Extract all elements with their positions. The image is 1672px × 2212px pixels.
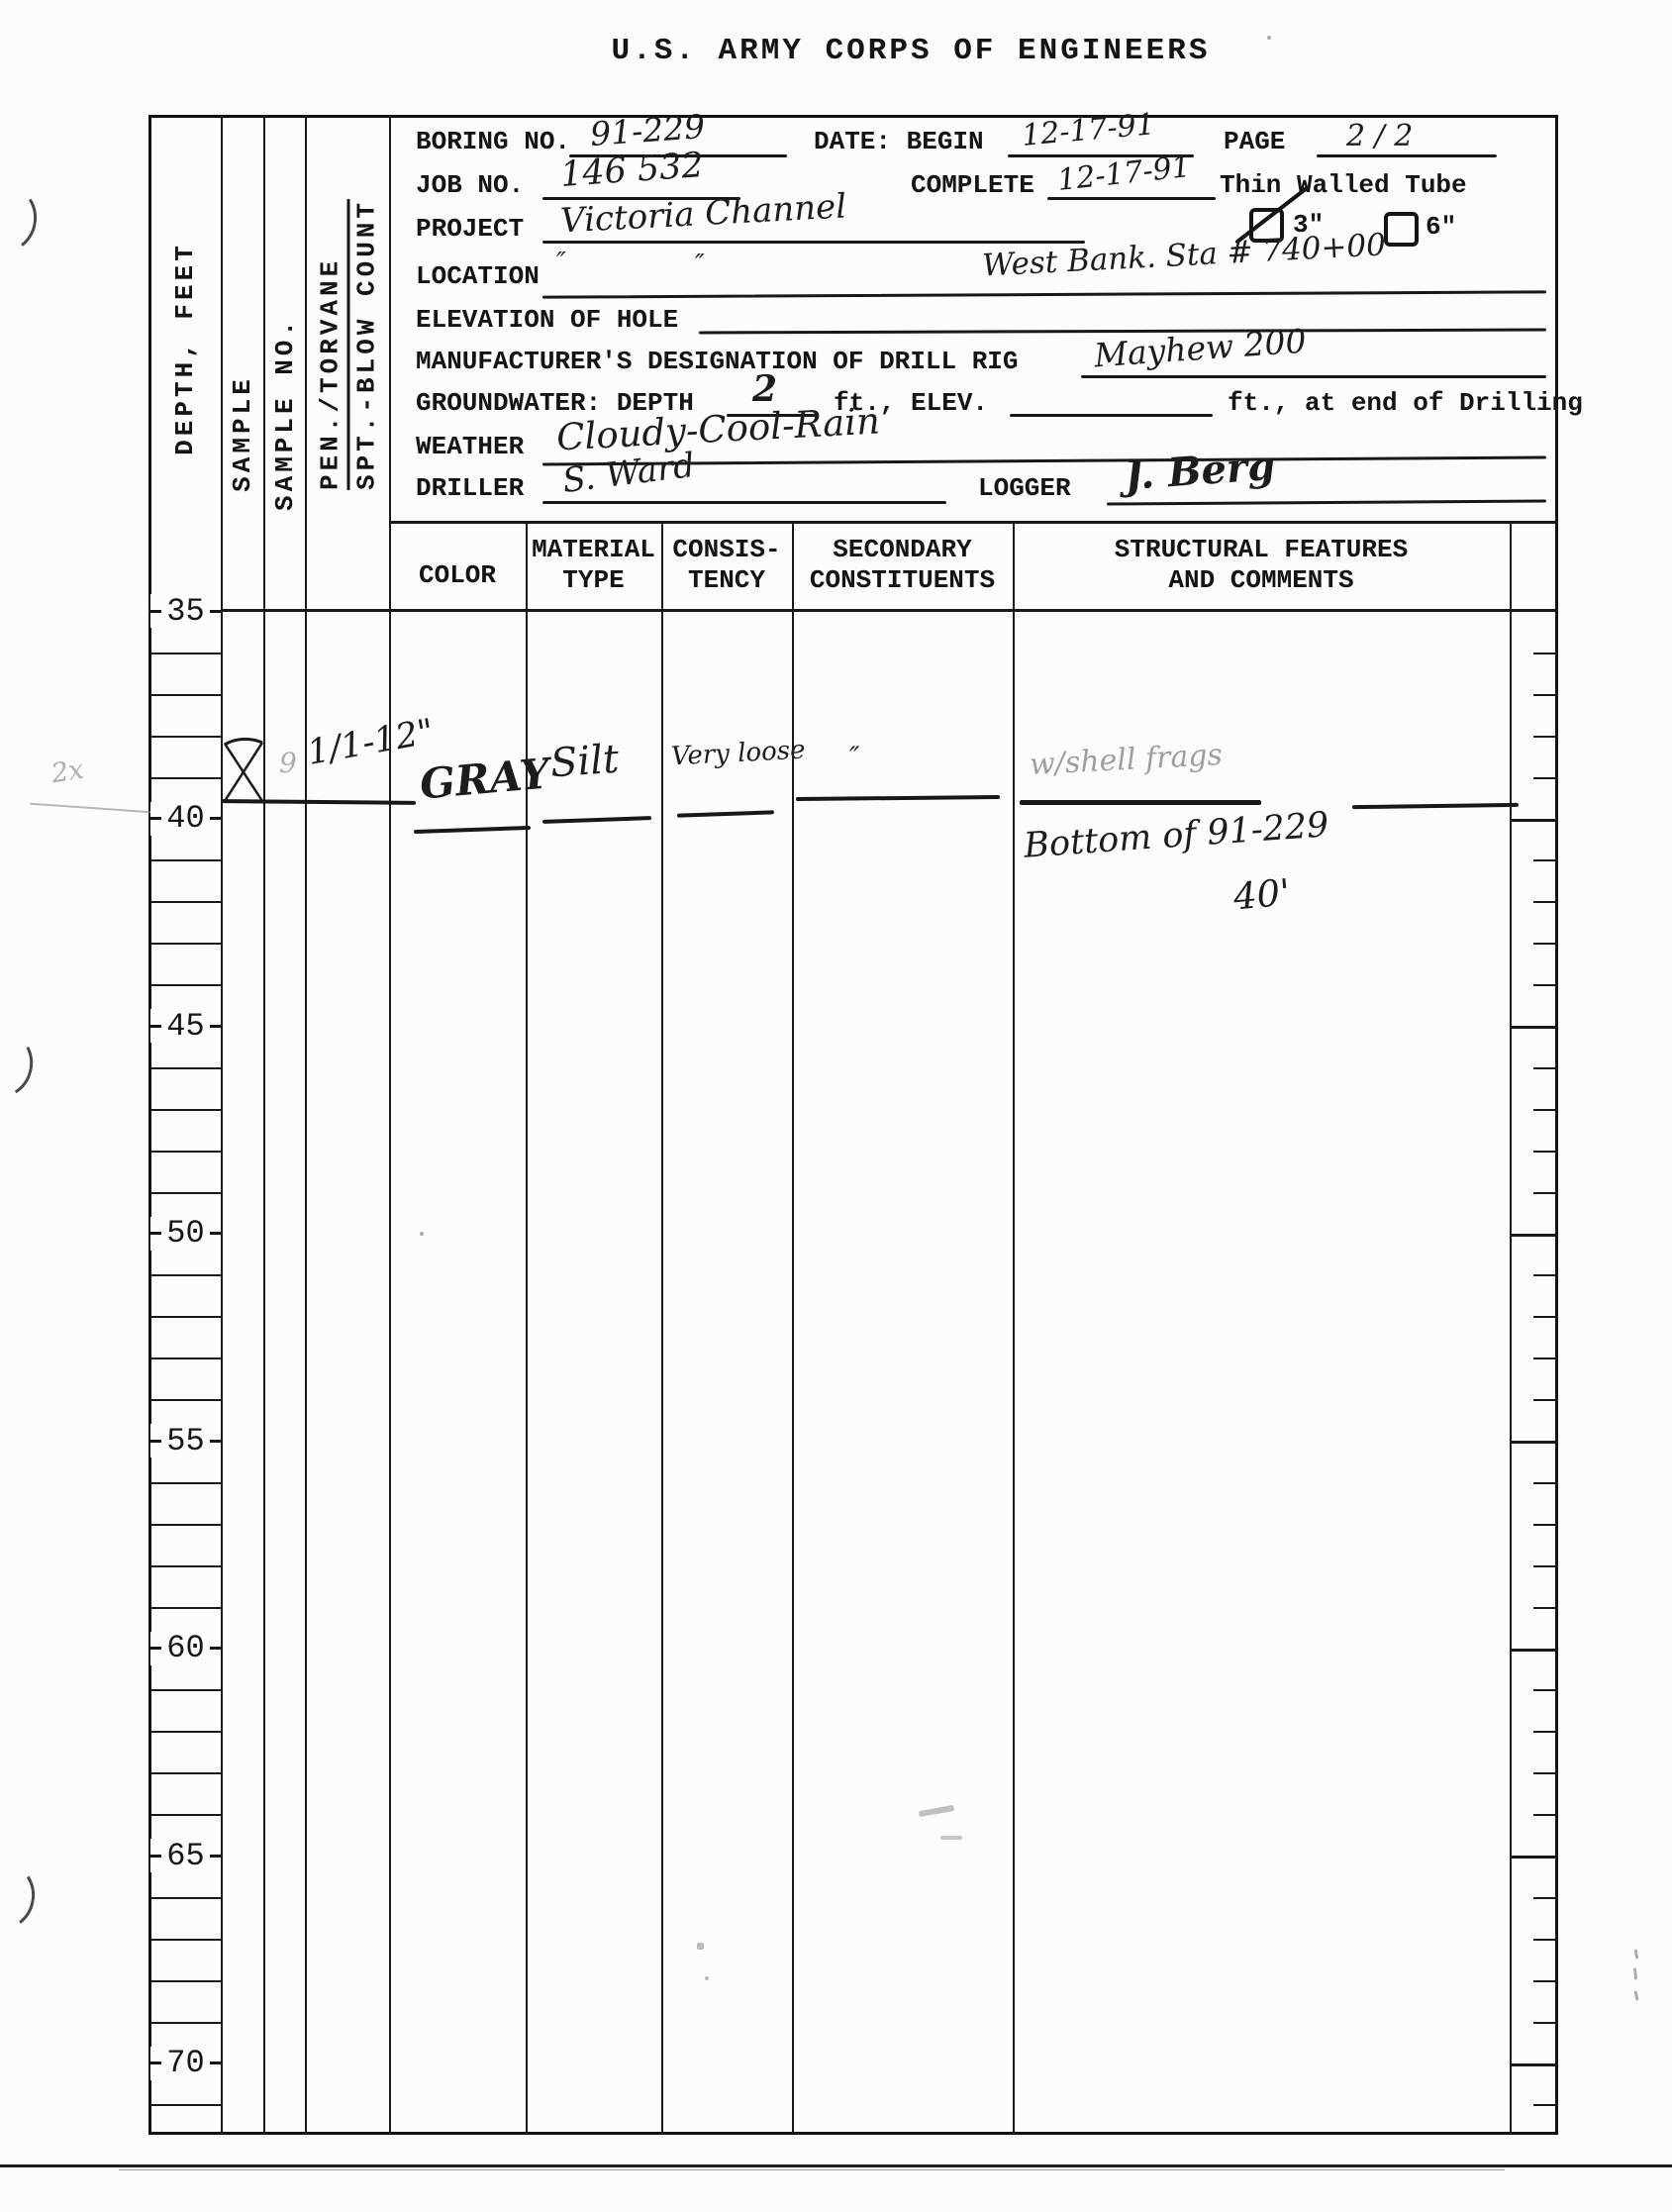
- depth-minor-tick: [150, 736, 221, 738]
- location-label: LOCATION: [416, 261, 540, 291]
- depth-label: 40: [150, 802, 221, 836]
- drill-rig-label: MANUFACTURER'S DESIGNATION OF DRILL RIG: [416, 347, 1019, 376]
- depth-minor-tick: [1533, 1151, 1558, 1153]
- margin-smudge: [1633, 1967, 1637, 1979]
- depth-major-tick: [1512, 819, 1558, 822]
- groundwater-depth-value: 2: [752, 368, 777, 410]
- depth-minor-tick: [1533, 1897, 1558, 1899]
- depth-minor-tick: [1533, 1565, 1558, 1567]
- page-value: 2 / 2: [1346, 119, 1413, 153]
- depth-label: 70: [150, 2047, 221, 2080]
- depth-minor-tick: [1533, 1607, 1558, 1609]
- field-rule: [542, 241, 1085, 244]
- smudge: [940, 1836, 962, 1840]
- location-ditto-mark: ″: [695, 250, 705, 279]
- scan-artifact: [0, 1024, 41, 1105]
- depth-minor-tick: [150, 1316, 221, 1318]
- depth-minor-tick: [1533, 1689, 1558, 1691]
- depth-major-tick: [1512, 1649, 1558, 1652]
- sample-symbol-boxed-x: [222, 735, 265, 804]
- column-header-sample: SAMPLE: [228, 375, 257, 492]
- depth-minor-tick: [1533, 859, 1558, 861]
- column-header-depth-feet: DEPTH, FEET: [170, 242, 200, 455]
- depth-minor-tick: [150, 1565, 221, 1567]
- depth-label: 45: [150, 1009, 221, 1043]
- scanned-boring-log-page: U.S. ARMY CORPS OF ENGINEERS DEPTH, FEET…: [0, 0, 1672, 2212]
- depth-minor-tick: [150, 694, 221, 696]
- depth-minor-tick: [1533, 984, 1558, 986]
- depth-minor-tick: [1533, 1939, 1558, 1941]
- depth-minor-tick: [150, 2104, 221, 2106]
- depth-minor-tick: [150, 901, 221, 903]
- date-begin-label: DATE: BEGIN: [814, 127, 984, 156]
- page-label: PAGE: [1224, 127, 1285, 156]
- sample-no-value: 9: [279, 747, 297, 779]
- logger-label: LOGGER: [978, 473, 1071, 503]
- column-header-consistency: CONSIS- TENCY: [661, 535, 792, 596]
- depth-minor-tick: [1533, 1814, 1558, 1816]
- entry-material-value: Silt: [548, 737, 620, 787]
- depth-major-tick: [1512, 1234, 1558, 1237]
- depth-minor-tick: [150, 1357, 221, 1359]
- depth-minor-tick: [150, 1192, 221, 1194]
- depth-label: 50: [150, 1217, 221, 1251]
- column-header-pen-torvane: PEN./TORVANE: [316, 199, 350, 490]
- depth-major-tick: [1512, 1856, 1558, 1859]
- depth-minor-tick: [150, 1772, 221, 1774]
- depth-minor-tick: [1533, 1482, 1558, 1484]
- groundwater-suffix: ft., at end of Drilling: [1228, 388, 1583, 418]
- hand-underline: [1020, 800, 1261, 805]
- depth-major-tick: [1512, 1026, 1558, 1029]
- depth-minor-tick: [1533, 1192, 1558, 1194]
- depth-minor-tick: [1533, 1980, 1558, 1982]
- speck: [1267, 36, 1271, 40]
- depth-minor-tick: [150, 1689, 221, 1691]
- depth-minor-tick: [150, 1274, 221, 1276]
- depth-label: 35: [150, 594, 221, 628]
- margin-note: 2x: [49, 754, 86, 790]
- column-header-pen-spt: PEN./TORVANE SPT.-BLOW COUNT: [316, 199, 382, 490]
- tube-6in-checkbox: [1384, 212, 1419, 247]
- speck: [420, 1232, 424, 1236]
- field-rule: [1047, 197, 1216, 200]
- column-header-material-type: MATERIAL TYPE: [526, 535, 661, 596]
- grid-line: [1013, 523, 1015, 2135]
- depth-minor-tick: [150, 1607, 221, 1609]
- depth-minor-tick: [1533, 1731, 1558, 1733]
- grid-line: [263, 115, 265, 2135]
- field-rule: [1317, 154, 1497, 157]
- boring-no-label: BORING NO.: [416, 127, 570, 156]
- depth-minor-tick: [1533, 1524, 1558, 1526]
- field-rule: [542, 501, 946, 504]
- depth-major-tick: [1512, 1441, 1558, 1444]
- margin-smudge: [1633, 1990, 1638, 2000]
- column-header-structural-features: STRUCTURAL FEATURES AND COMMENTS: [1013, 535, 1510, 596]
- job-no-label: JOB NO.: [416, 170, 524, 200]
- entry-comment-line3: 40': [1231, 871, 1292, 919]
- depth-minor-tick: [1533, 943, 1558, 945]
- depth-minor-tick: [150, 1731, 221, 1733]
- depth-minor-tick: [150, 984, 221, 986]
- depth-minor-tick: [150, 1067, 221, 1069]
- depth-minor-tick: [150, 1482, 221, 1484]
- location-ditto-mark: ″: [556, 248, 566, 277]
- speck: [697, 1943, 704, 1950]
- depth-minor-tick: [1533, 1316, 1558, 1318]
- depth-minor-tick: [1533, 694, 1558, 696]
- column-header-color: COLOR: [389, 560, 526, 591]
- depth-minor-tick: [150, 777, 221, 779]
- depth-label: 60: [150, 1632, 221, 1665]
- scan-artifact: [0, 180, 42, 257]
- depth-minor-tick: [150, 943, 221, 945]
- depth-minor-tick: [150, 1814, 221, 1816]
- depth-minor-tick: [150, 653, 221, 654]
- field-rule: [1010, 414, 1213, 417]
- depth-minor-tick: [1533, 1109, 1558, 1111]
- depth-minor-tick: [1533, 1399, 1558, 1401]
- driller-label: DRILLER: [416, 473, 524, 503]
- margin-smudge: [1634, 1949, 1639, 1959]
- scan-edge-line: [0, 2164, 1672, 2167]
- date-complete-label: COMPLETE: [911, 170, 1034, 200]
- depth-minor-tick: [150, 1524, 221, 1526]
- page-title: U.S. ARMY CORPS OF ENGINEERS: [535, 34, 1287, 68]
- grid-line: [389, 115, 391, 2135]
- depth-minor-tick: [150, 1151, 221, 1153]
- column-header-sample-no: SAMPLE NO.: [270, 317, 300, 511]
- depth-minor-tick: [1533, 2104, 1558, 2106]
- entry-secondary-ditto: ″: [849, 741, 859, 773]
- scan-artifact: [0, 1858, 40, 1935]
- depth-minor-tick: [150, 859, 221, 861]
- column-header-secondary-constituents: SECONDARY CONSTITUENTS: [792, 535, 1013, 596]
- depth-minor-tick: [1533, 653, 1558, 654]
- grid-line: [661, 523, 663, 2135]
- speck: [705, 1976, 709, 1980]
- field-rule: [1081, 375, 1546, 378]
- depth-minor-tick: [1533, 1274, 1558, 1276]
- depth-minor-tick: [150, 1897, 221, 1899]
- grid-line: [1510, 523, 1512, 2135]
- grid-line: [148, 609, 1558, 612]
- depth-minor-tick: [1533, 736, 1558, 738]
- column-header-spt-blow-count: SPT.-BLOW COUNT: [352, 199, 382, 490]
- grid-line: [221, 115, 223, 2135]
- grid-line: [389, 521, 1558, 524]
- depth-label: 55: [150, 1424, 221, 1458]
- depth-minor-tick: [150, 1109, 221, 1111]
- weather-label: WEATHER: [416, 432, 524, 461]
- depth-minor-tick: [1533, 1067, 1558, 1069]
- depth-minor-tick: [150, 1939, 221, 1941]
- grid-line: [305, 115, 307, 2135]
- depth-minor-tick: [1533, 2022, 1558, 2024]
- depth-minor-tick: [1533, 901, 1558, 903]
- depth-minor-tick: [150, 2022, 221, 2024]
- depth-label: 65: [150, 1839, 221, 1872]
- depth-minor-tick: [1533, 1357, 1558, 1359]
- scan-edge-shadow: [119, 2169, 1505, 2170]
- depth-minor-tick: [1533, 1772, 1558, 1774]
- elevation-label: ELEVATION OF HOLE: [416, 305, 678, 335]
- depth-minor-tick: [1533, 777, 1558, 779]
- depth-minor-tick: [150, 1399, 221, 1401]
- depth-minor-tick: [150, 1980, 221, 1982]
- depth-major-tick: [1512, 2063, 1558, 2066]
- project-label: PROJECT: [416, 214, 524, 244]
- tube-6in-label: 6": [1426, 212, 1456, 242]
